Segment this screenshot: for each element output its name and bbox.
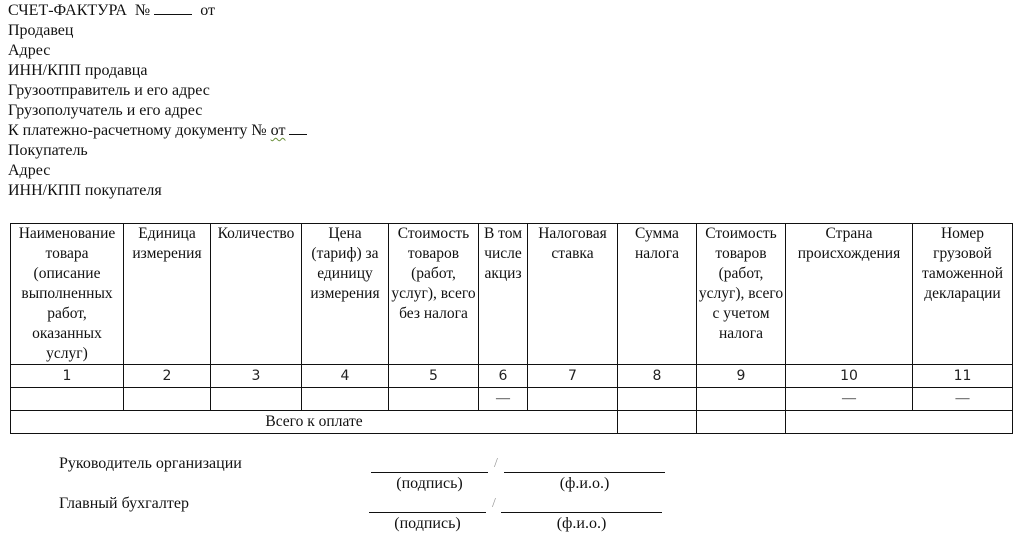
seller-address-label: Адрес bbox=[8, 41, 307, 61]
invoice-date-label: от bbox=[200, 2, 215, 19]
total-tax-amount-cell[interactable] bbox=[618, 411, 697, 434]
column-number: 2 bbox=[124, 365, 211, 388]
column-header-cost-without-tax: Стоимость товаров (работ, услуг), всего … bbox=[389, 224, 479, 365]
payment-document-label: К платежно-расчетному документу № от bbox=[8, 121, 307, 141]
payment-document-date-label: от bbox=[271, 122, 286, 139]
accountant-name-caption: (ф.и.о.) bbox=[501, 514, 662, 534]
column-header-price: Цена (тариф) за единицу измерения bbox=[302, 224, 389, 365]
buyer-label: Покупатель bbox=[8, 141, 307, 161]
table-row: — — — bbox=[11, 388, 1013, 411]
column-header-name: Наименование товара (описание выполненны… bbox=[11, 224, 124, 365]
column-number: 4 bbox=[302, 365, 389, 388]
invoice-title-text: СЧЕТ-ФАКТУРА № bbox=[8, 2, 150, 19]
accountant-signature-line[interactable] bbox=[369, 512, 486, 513]
cell-excise[interactable]: — bbox=[479, 388, 528, 411]
invoice-table: Наименование товара (описание выполненны… bbox=[10, 223, 1013, 434]
column-header-tax-rate: Налоговая ставка bbox=[528, 224, 618, 365]
accountant-name-line[interactable] bbox=[501, 512, 662, 513]
director-separator: / bbox=[494, 456, 498, 472]
column-header-unit: Единица измерения bbox=[124, 224, 211, 365]
total-empty-cell bbox=[786, 411, 1013, 434]
invoice-number-field[interactable] bbox=[154, 1, 192, 15]
accountant-signature-caption: (подпись) bbox=[369, 514, 486, 534]
column-number: 8 bbox=[618, 365, 697, 388]
director-signature-caption: (подпись) bbox=[371, 474, 488, 494]
cell-quantity[interactable] bbox=[211, 388, 302, 411]
payment-document-text: К платежно-расчетному документу № bbox=[8, 122, 271, 139]
cell-tax-amount[interactable] bbox=[618, 388, 697, 411]
total-with-tax-cell[interactable] bbox=[697, 411, 786, 434]
seller-label: Продавец bbox=[8, 21, 307, 41]
column-number: 6 bbox=[479, 365, 528, 388]
column-number: 1 bbox=[11, 365, 124, 388]
buyer-address-label: Адрес bbox=[8, 161, 307, 181]
director-name-line[interactable] bbox=[504, 472, 665, 473]
column-header-country: Страна происхождения bbox=[786, 224, 913, 365]
column-number: 3 bbox=[211, 365, 302, 388]
cell-unit[interactable] bbox=[124, 388, 211, 411]
director-signature-line[interactable] bbox=[371, 472, 488, 473]
accountant-separator: / bbox=[492, 496, 496, 512]
invoice-header: СЧЕТ-ФАКТУРА № от Продавец Адрес ИНН/КПП… bbox=[8, 1, 307, 201]
total-row: Всего к оплате bbox=[11, 411, 1013, 434]
column-number: 5 bbox=[389, 365, 479, 388]
column-header-customs-declaration: Номер грузовой таможенной декларации bbox=[913, 224, 1013, 365]
column-header-quantity: Количество bbox=[211, 224, 302, 365]
seller-inn-kpp-label: ИНН/КПП продавца bbox=[8, 61, 307, 81]
invoice-title: СЧЕТ-ФАКТУРА № от bbox=[8, 1, 307, 21]
column-header-excise: В том числе акциз bbox=[479, 224, 528, 365]
column-number: 10 bbox=[786, 365, 913, 388]
column-header-cost-with-tax: Стоимость товаров (работ, услуг), всего … bbox=[697, 224, 786, 365]
cell-cost-without-tax[interactable] bbox=[389, 388, 479, 411]
cell-tax-rate[interactable] bbox=[528, 388, 618, 411]
cell-country[interactable]: — bbox=[786, 388, 913, 411]
chief-accountant-label: Главный бухгалтер bbox=[59, 494, 189, 514]
shipper-label: Грузоотправитель и его адрес bbox=[8, 81, 307, 101]
column-header-tax-amount: Сумма налога bbox=[618, 224, 697, 365]
director-label: Руководитель организации bbox=[59, 454, 242, 474]
director-name-caption: (ф.и.о.) bbox=[504, 474, 665, 494]
column-number: 7 bbox=[528, 365, 618, 388]
column-number: 9 bbox=[697, 365, 786, 388]
total-label: Всего к оплате bbox=[11, 411, 618, 434]
column-number-row: 1 2 3 4 5 6 7 8 9 10 11 bbox=[11, 365, 1013, 388]
cell-price[interactable] bbox=[302, 388, 389, 411]
cell-customs-declaration[interactable]: — bbox=[913, 388, 1013, 411]
table-header-row: Наименование товара (описание выполненны… bbox=[11, 224, 1013, 365]
column-number: 11 bbox=[913, 365, 1013, 388]
buyer-inn-kpp-label: ИНН/КПП покупателя bbox=[8, 181, 307, 201]
payment-document-field[interactable] bbox=[289, 121, 307, 135]
cell-name[interactable] bbox=[11, 388, 124, 411]
cell-cost-with-tax[interactable] bbox=[697, 388, 786, 411]
consignee-label: Грузополучатель и его адрес bbox=[8, 101, 307, 121]
